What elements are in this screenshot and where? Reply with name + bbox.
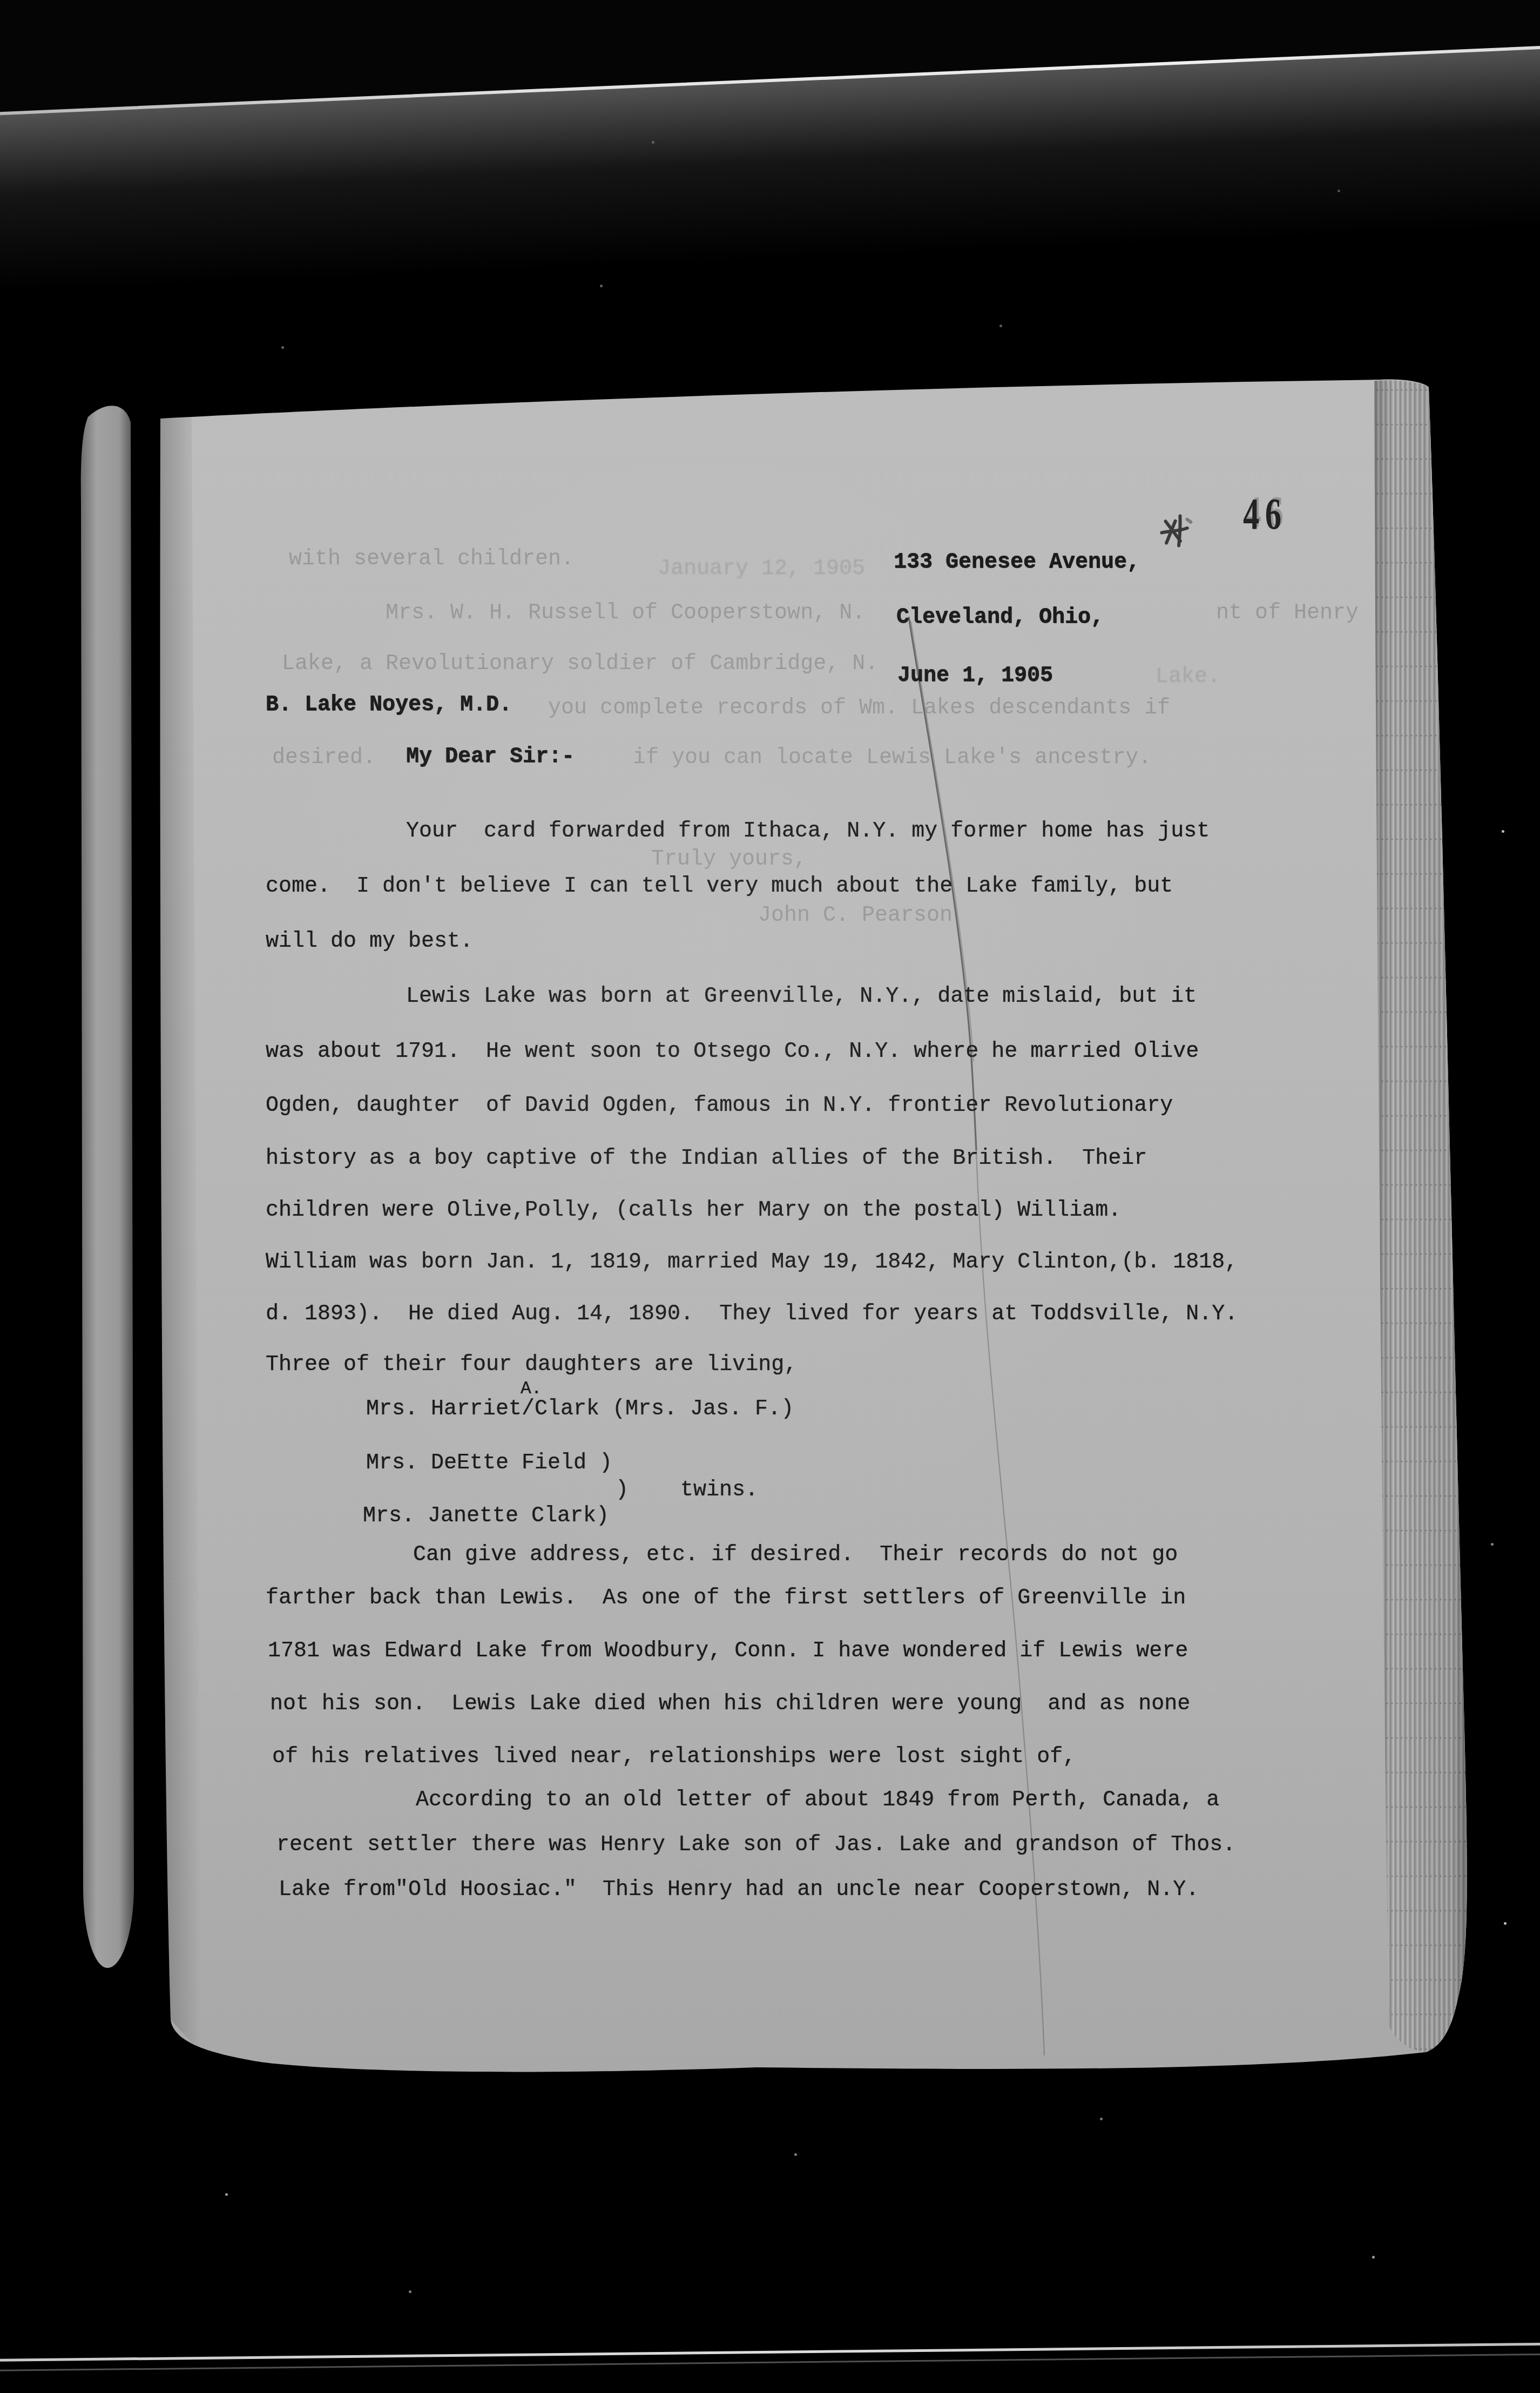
adjacent-page-edge: [81, 406, 134, 1968]
microfilm-scan: 46 with several children. January 12, 19…: [0, 0, 1540, 2393]
letter-line: children were Olive,Polly, (calls her Ma…: [266, 1198, 1121, 1224]
ghost-text-line: John C. Pearson: [758, 903, 953, 929]
letter-line: of his relatives lived near, relationshi…: [272, 1744, 1076, 1770]
list-item: Mrs. Harriet/Clark (Mrs. Jas. F.): [366, 1397, 794, 1423]
letter-line: will do my best.: [266, 929, 473, 955]
letter-line: recent settler there was Henry Lake son …: [276, 1832, 1235, 1858]
ghost-text-line: Truly yours,: [651, 847, 807, 873]
address-line-1: 133 Genesee Avenue,: [894, 550, 1140, 576]
page-sheet: [160, 380, 1467, 2072]
ghost-text-line: January 12, 1905: [658, 556, 865, 582]
ghost-text-line: you complete records of Wm. Lakes descen…: [548, 696, 1170, 722]
recipient-line: B. Lake Noyes, M.D.: [266, 692, 512, 718]
letter-line: Lake from"Old Hoosiac." This Henry had a…: [279, 1877, 1199, 1903]
letter-line: William was born Jan. 1, 1819, married M…: [266, 1250, 1238, 1276]
ghost-text-line: Lake, a Revolutionary soldier of Cambrid…: [282, 651, 878, 677]
ghost-text-line: Lake.: [1156, 664, 1220, 690]
letter-line: 1781 was Edward Lake from Woodbury, Conn…: [268, 1639, 1188, 1664]
list-item: ) twins.: [616, 1478, 758, 1504]
letter-line: history as a boy captive of the Indian a…: [266, 1146, 1147, 1172]
list-item: Mrs. DeEtte Field ): [366, 1451, 612, 1477]
letter-line: d. 1893). He died Aug. 14, 1890. They li…: [266, 1302, 1238, 1327]
letter-line: farther back than Lewis. As one of the f…: [266, 1586, 1186, 1612]
paper-stack-edge: [1374, 380, 1467, 2052]
page-number: 46: [1243, 501, 1287, 527]
ghost-text-line: with several children.: [289, 547, 574, 572]
address-line-3: June 1, 1905: [897, 663, 1053, 689]
salutation-line: My Dear Sir:-: [406, 744, 575, 770]
ghost-text-line: desired.: [272, 745, 376, 771]
letter-line: not his son. Lewis Lake died when his ch…: [270, 1691, 1190, 1717]
letter-line: come. I don't believe I can tell very mu…: [266, 874, 1173, 900]
letter-line: Three of their four daughters are living…: [266, 1352, 797, 1378]
letter-line: Lewis Lake was born at Greenville, N.Y.,…: [406, 984, 1197, 1010]
page-graphics: [0, 0, 1540, 2393]
ghost-text-line: if you can locate Lewis Lake's ancestry.: [633, 745, 1151, 771]
letter-line: Your card forwarded from Ithaca, N.Y. my…: [406, 819, 1210, 845]
ghost-text-line: nt of Henry: [1216, 601, 1359, 626]
letter-line: Ogden, daughter of David Ogden, famous i…: [266, 1093, 1173, 1119]
letter-line: was about 1791. He went soon to Otsego C…: [266, 1039, 1199, 1065]
letter-line: Can give address, etc. if desired. Their…: [413, 1542, 1178, 1568]
address-line-2: Cleveland, Ohio,: [896, 605, 1104, 631]
list-item: Mrs. Janette Clark): [363, 1504, 609, 1529]
letter-line: According to an old letter of about 1849…: [416, 1788, 1219, 1814]
ghost-text-line: Mrs. W. H. Russell of Cooperstown, N.: [386, 601, 865, 626]
